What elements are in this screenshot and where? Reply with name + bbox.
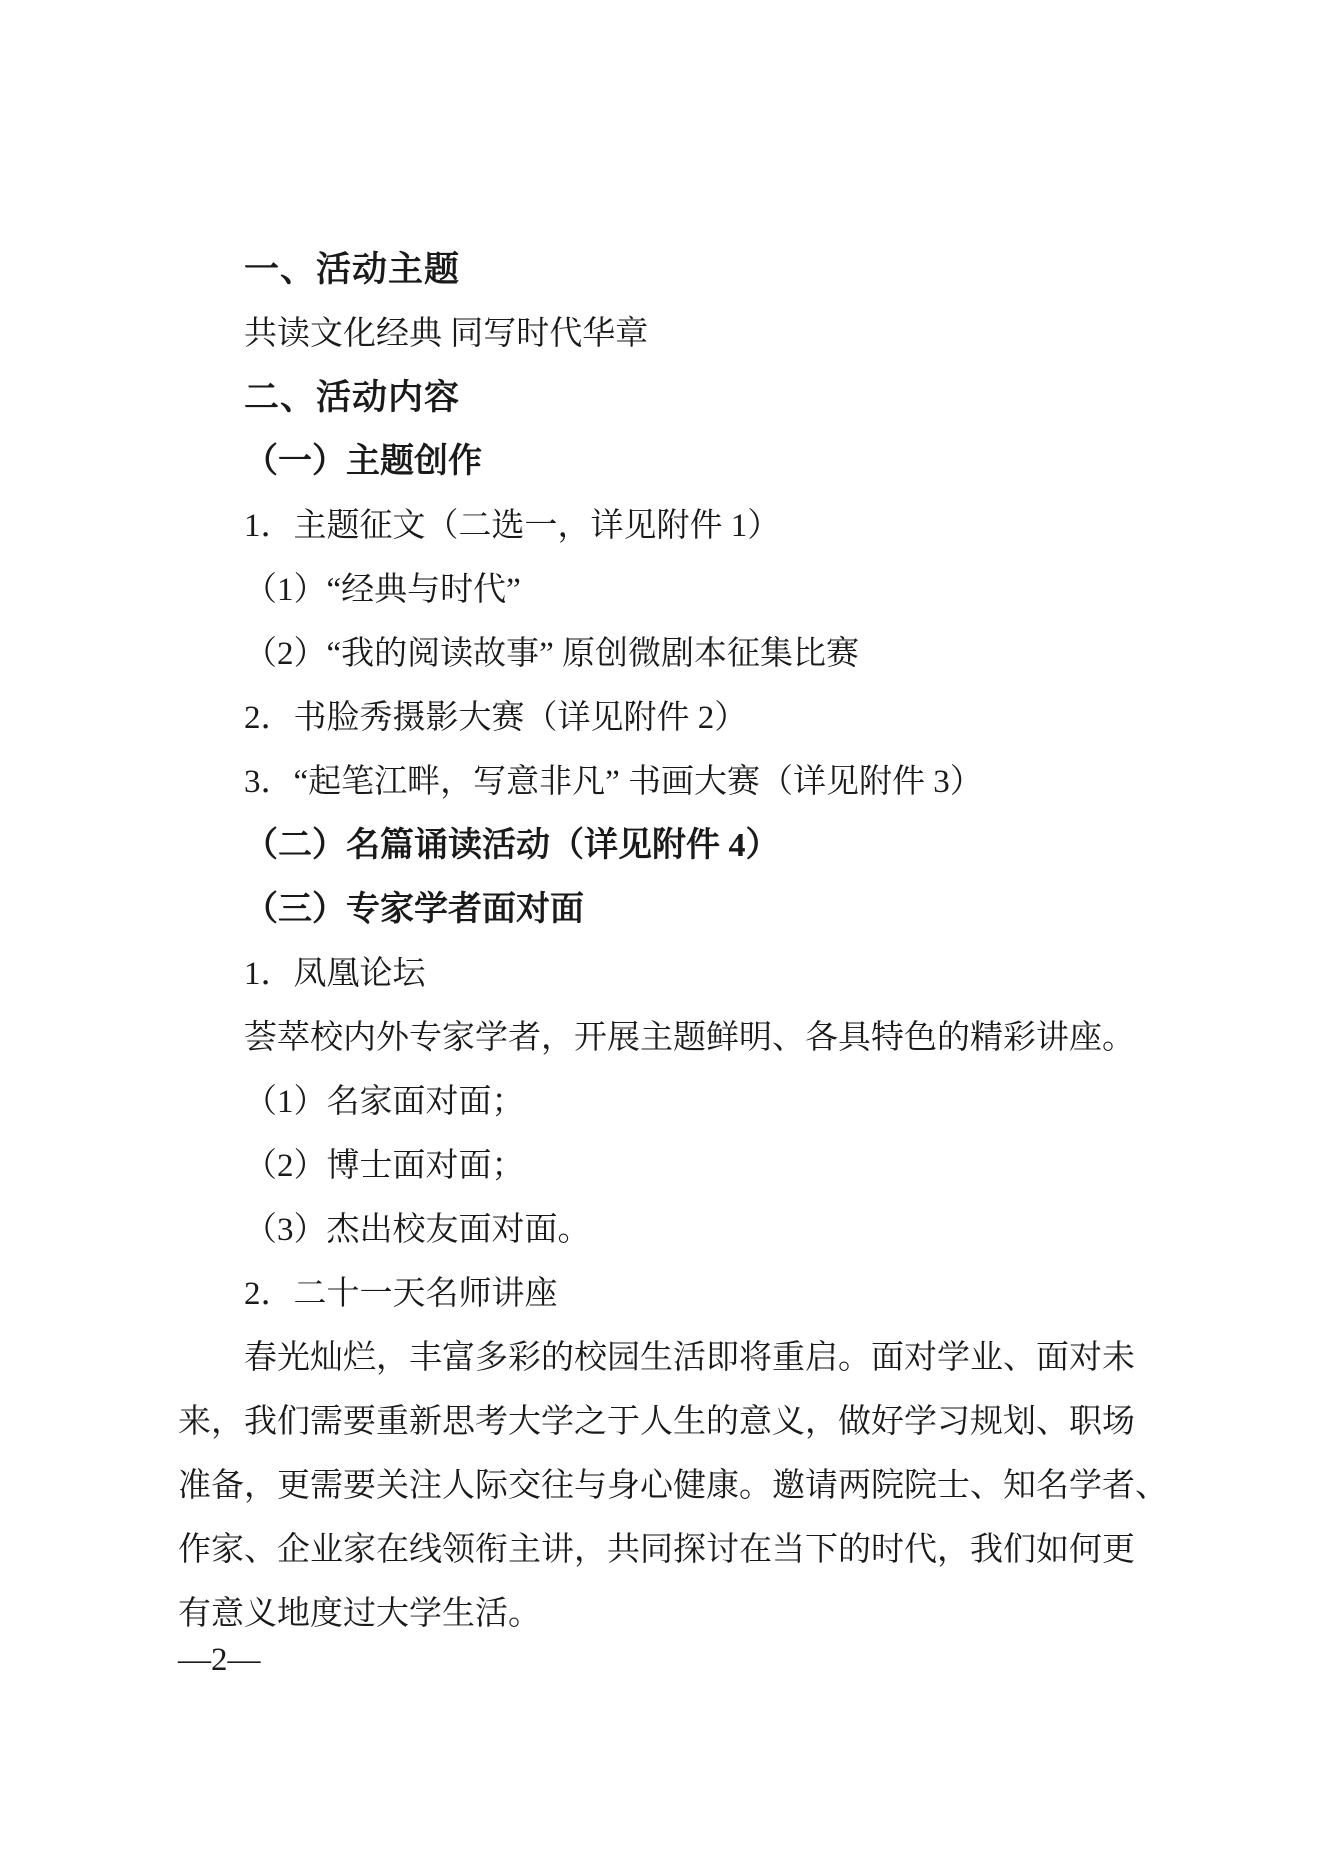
paragraph-lecture-line-5: 有意义地度过大学生活。 (178, 1582, 1198, 1646)
item-photography-contest: 2．书脸秀摄影大赛（详见附件 2） (178, 686, 1198, 750)
item-21-day-lecture: 2．二十一天名师讲座 (178, 1262, 1198, 1326)
heading-section-1-activity-theme: 一、活动主题 (178, 238, 1198, 302)
item-calligraphy-painting-contest: 3．“起笔江畔，写意非凡” 书画大赛（详见附件 3） (178, 750, 1198, 814)
item-phoenix-forum: 1．凤凰论坛 (178, 942, 1198, 1006)
item-theme-essay: 1．主题征文（二选一，详见附件 1） (178, 494, 1198, 558)
paragraph-lecture-line-4: 作家、企业家在线领衔主讲，共同探讨在当下的时代，我们如何更 (178, 1518, 1198, 1582)
item-essay-topic-1: （1）“经典与时代” (178, 558, 1198, 622)
item-face-to-face-3: （3）杰出校友面对面。 (178, 1198, 1198, 1262)
heading-sub-1-theme-creation: （一）主题创作 (178, 430, 1198, 494)
paragraph-lecture-line-3: 准备，更需要关注人际交往与身心健康。邀请两院院士、知名学者、 (178, 1454, 1198, 1518)
heading-section-2-activity-content: 二、活动内容 (178, 366, 1198, 430)
item-essay-topic-2: （2）“我的阅读故事” 原创微剧本征集比赛 (178, 622, 1198, 686)
heading-sub-2-reading-activity: （二）名篇诵读活动（详见附件 4） (178, 814, 1198, 878)
document-text-block: 一、活动主题 共读文化经典 同写时代华章 二、活动内容 （一）主题创作 1．主题… (178, 238, 1198, 1646)
heading-sub-3-expert-face-to-face: （三）专家学者面对面 (178, 878, 1198, 942)
page-number: —2— (178, 1628, 261, 1692)
item-face-to-face-2: （2）博士面对面； (178, 1134, 1198, 1198)
document-page: 一、活动主题 共读文化经典 同写时代华章 二、活动内容 （一）主题创作 1．主题… (0, 0, 1323, 1871)
item-face-to-face-1: （1）名家面对面； (178, 1070, 1198, 1134)
paragraph-lecture-line-1: 春光灿烂，丰富多彩的校园生活即将重启。面对学业、面对未 (178, 1326, 1198, 1390)
text-forum-description: 荟萃校内外专家学者，开展主题鲜明、各具特色的精彩讲座。 (178, 1006, 1198, 1070)
paragraph-lecture-line-2: 来，我们需要重新思考大学之于人生的意义，做好学习规划、职场 (178, 1390, 1198, 1454)
text-theme-slogan: 共读文化经典 同写时代华章 (178, 302, 1198, 366)
